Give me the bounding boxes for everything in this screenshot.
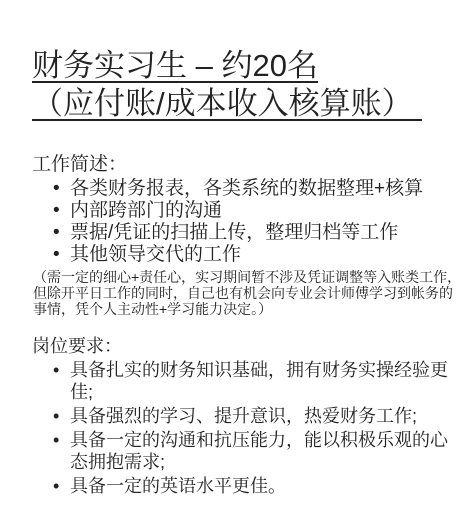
list-item: • 具备一定的沟通和抗压能力，能以积极乐观的心态拥抱需求; (32, 429, 463, 473)
list-item: • 各类财务报表，各类系统的数据整理+核算 (32, 178, 463, 200)
job-brief-section: 工作简述： • 各类财务报表，各类系统的数据整理+核算 • 内部跨部门的沟通 •… (32, 153, 463, 317)
title-line-1: 财务实习生 – 约20名 (32, 51, 318, 83)
requirements-list: • 具备扎实的财务知识基础，拥有财务实操经验更佳; • 具备强烈的学习、提升意识… (32, 359, 463, 497)
bullet-icon: • (53, 475, 70, 497)
bullet-icon: • (53, 178, 70, 200)
bullet-icon: • (53, 244, 70, 266)
title-line-2-wrap: （应付账/成本收入核算账） (32, 85, 463, 122)
title-line-1-wrap: 财务实习生 – 约20名 (32, 47, 463, 84)
bullet-icon: • (53, 405, 70, 427)
bullet-text: 具备扎实的财务知识基础，拥有财务实操经验更佳; (70, 359, 463, 403)
list-item: • 票据/凭证的扫描上传，整理归档等工作 (32, 222, 463, 244)
list-item: • 具备一定的英语水平更佳。 (32, 475, 463, 497)
bullet-icon: • (53, 222, 70, 244)
title-line-2: （应付账/成本收入核算账） (32, 89, 422, 121)
list-item: • 具备扎实的财务知识基础，拥有财务实操经验更佳; (32, 359, 463, 403)
bullet-text: 票据/凭证的扫描上传，整理归档等工作 (70, 222, 398, 244)
bullet-text: 具备强烈的学习、提升意识，热爱财务工作; (70, 405, 417, 427)
bullet-text: 其他领导交代的工作 (70, 244, 241, 266)
list-item: • 内部跨部门的沟通 (32, 200, 463, 222)
job-brief-note: （需一定的细心+责任心，实习期间暂不涉及凭证调整等入账类工作，但除开平日工作的同… (33, 269, 463, 317)
bullet-text: 具备一定的沟通和抗压能力，能以积极乐观的心态拥抱需求; (70, 429, 463, 473)
slide-title: 财务实习生 – 约20名 （应付账/成本收入核算账） (32, 47, 463, 122)
requirements-section: 岗位要求： • 具备扎实的财务知识基础，拥有财务实操经验更佳; • 具备强烈的学… (32, 335, 463, 497)
bullet-icon: • (53, 429, 70, 473)
list-item: • 具备强烈的学习、提升意识，热爱财务工作; (32, 405, 463, 427)
requirements-heading: 岗位要求： (32, 335, 463, 357)
bullet-text: 具备一定的英语水平更佳。 (70, 475, 286, 497)
bullet-text: 内部跨部门的沟通 (70, 200, 222, 222)
bullet-icon: • (53, 200, 70, 222)
job-brief-list: • 各类财务报表，各类系统的数据整理+核算 • 内部跨部门的沟通 • 票据/凭证… (32, 178, 463, 266)
slide-page: 财务实习生 – 约20名 （应付账/成本收入核算账） 工作简述： • 各类财务报… (0, 0, 475, 511)
list-item: • 其他领导交代的工作 (32, 244, 463, 266)
job-brief-heading: 工作简述： (32, 153, 463, 176)
bullet-text: 各类财务报表，各类系统的数据整理+核算 (70, 178, 423, 200)
bullet-icon: • (53, 359, 70, 403)
